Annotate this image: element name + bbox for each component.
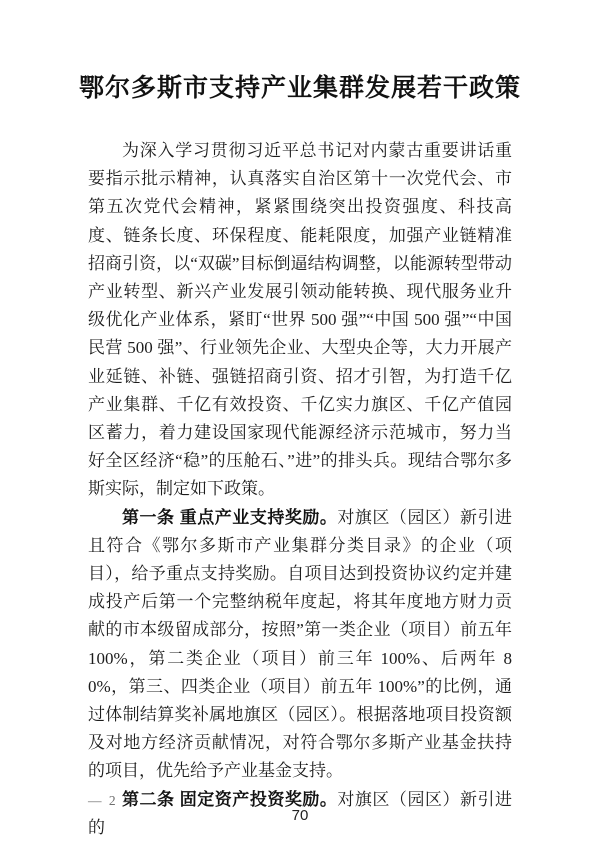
paragraph: 为深入学习贯彻习近平总书记对内蒙古重要讲话重要指示批示精神，认真落实自治区第十一… (88, 137, 512, 504)
paragraph-text: 对旗区（园区）新引进且符合《鄂尔多斯市产业集群分类目录》的企业（项目），给予重点… (88, 508, 512, 781)
paragraph: 第一条 重点产业支持奖励。对旗区（园区）新引进且符合《鄂尔多斯市产业集群分类目录… (88, 504, 512, 786)
document-body: 为深入学习贯彻习近平总书记对内蒙古重要讲话重要指示批示精神，认真落实自治区第十一… (88, 137, 512, 842)
article-heading: 第一条 重点产业支持奖励。 (122, 508, 337, 527)
pdf-page-number: 70 (0, 807, 600, 824)
document-page: 鄂尔多斯市支持产业集群发展若干政策 为深入学习贯彻习近平总书记对内蒙古重要讲话重… (0, 0, 600, 848)
article-heading: 第二条 固定资产投资奖励。 (122, 790, 337, 809)
paragraph-text: 为深入学习贯彻习近平总书记对内蒙古重要讲话重要指示批示精神，认真落实自治区第十一… (88, 141, 512, 498)
page-title: 鄂尔多斯市支持产业集群发展若干政策 (0, 68, 600, 104)
